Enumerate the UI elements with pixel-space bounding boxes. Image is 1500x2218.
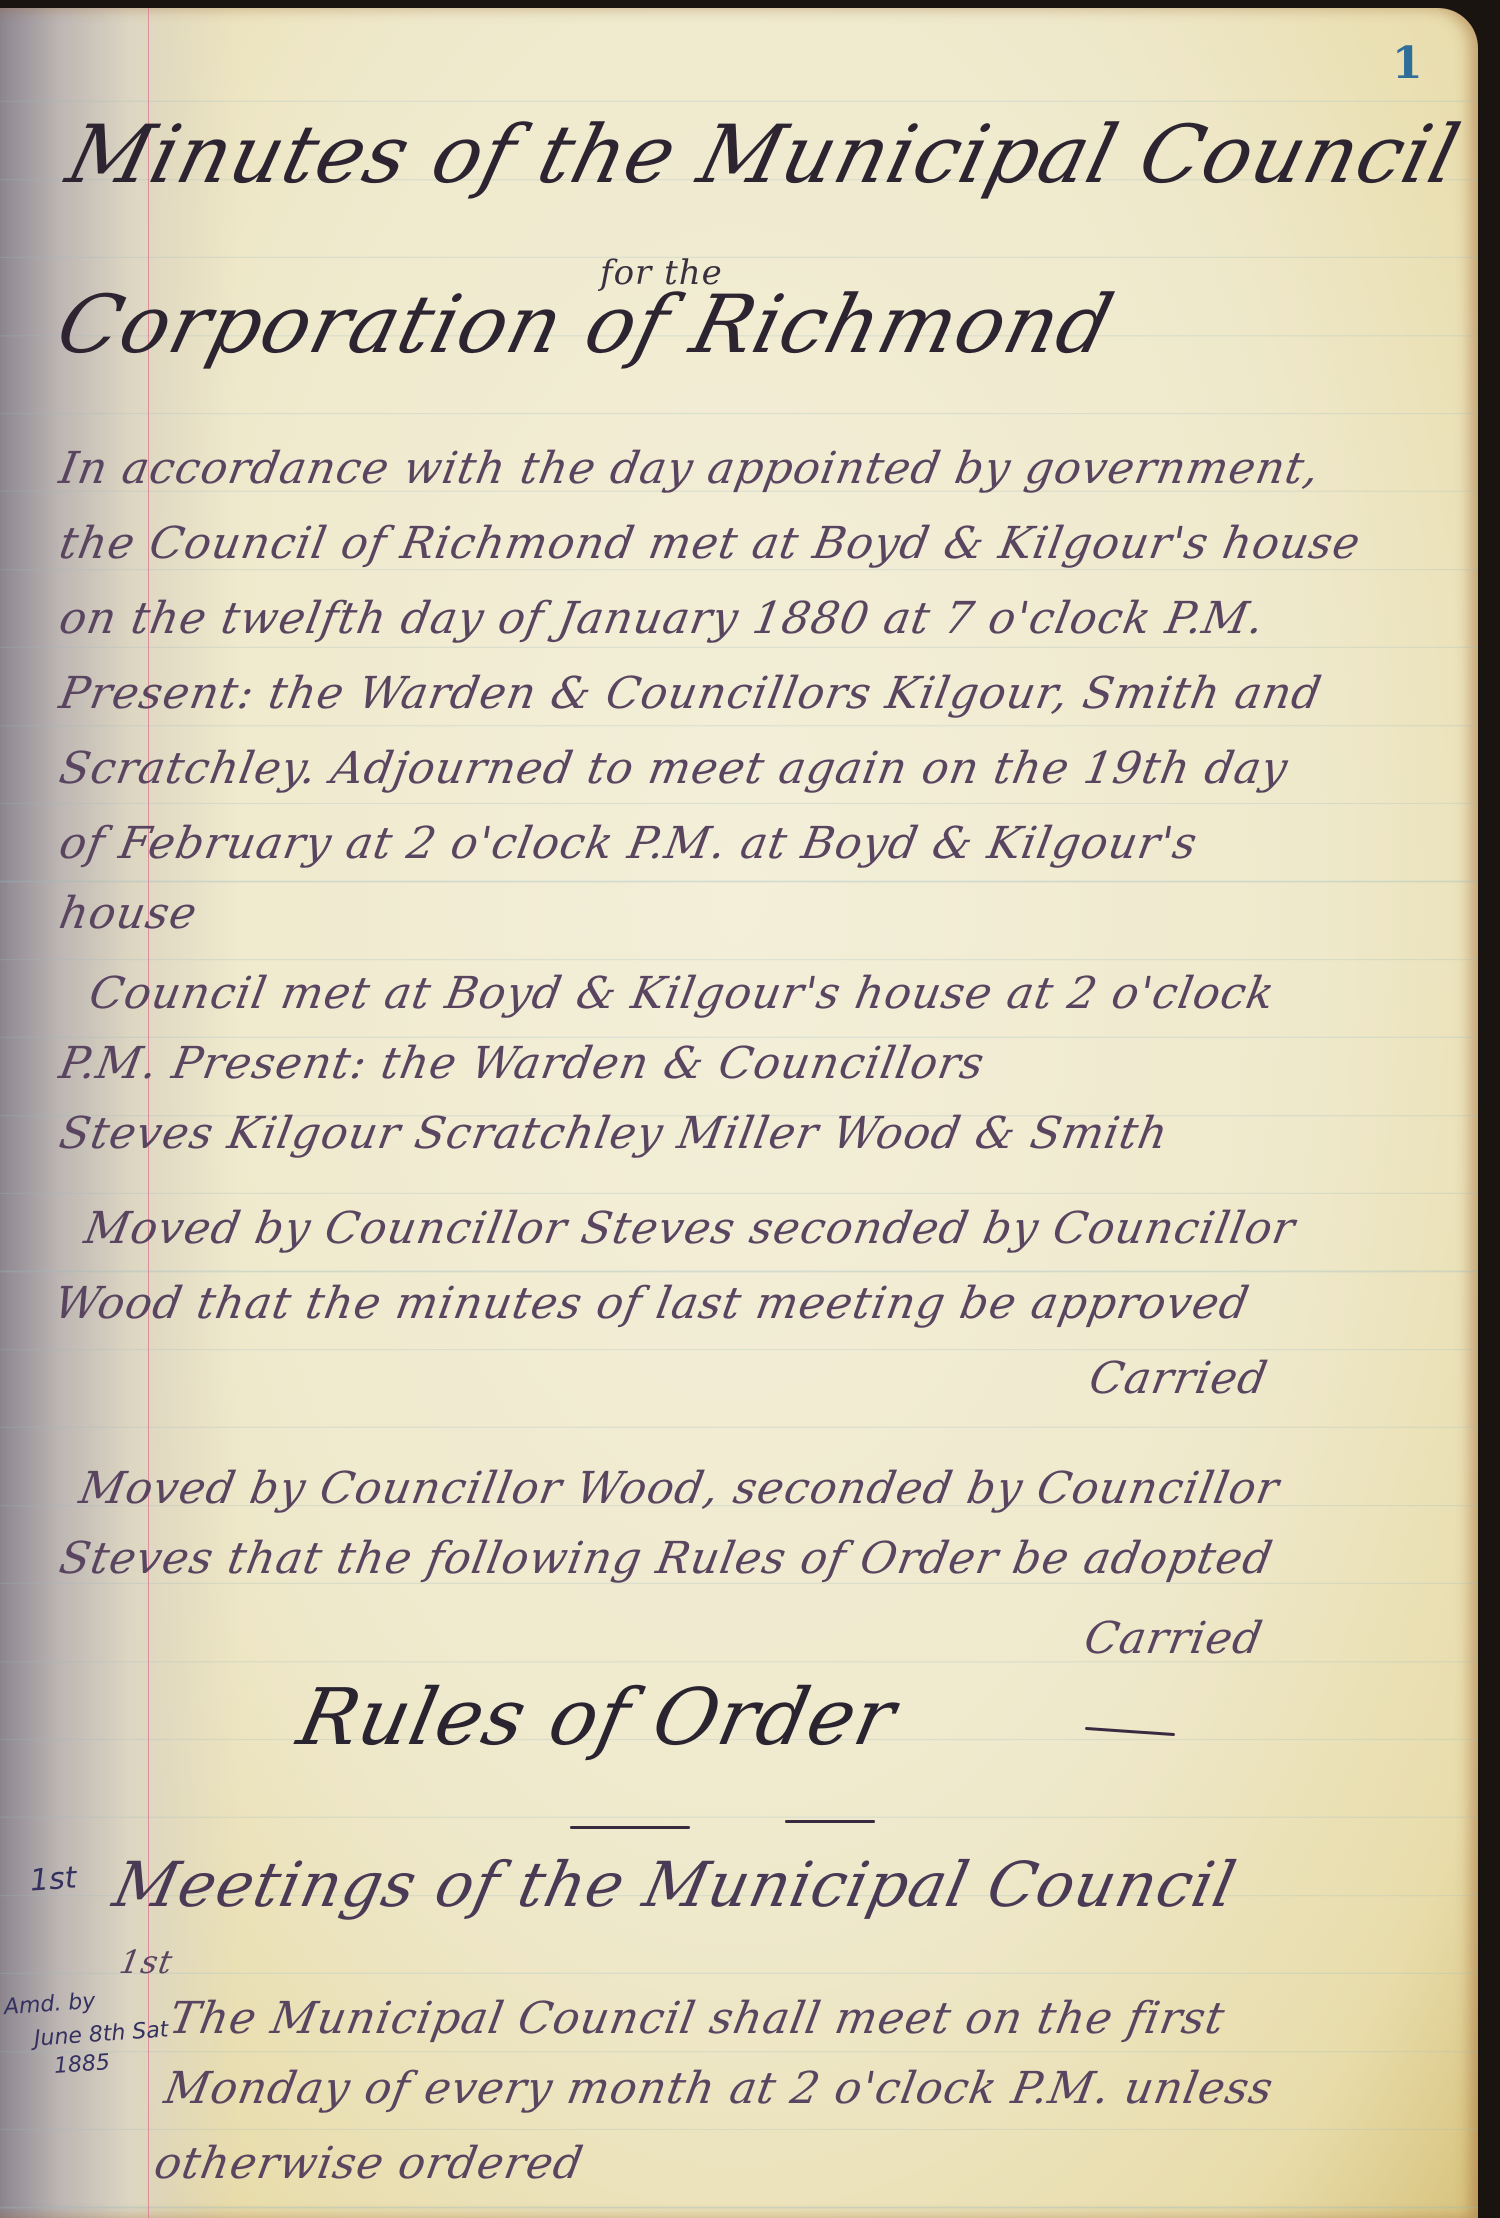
rule-line: Monday of every month at 2 o'clock P.M. … bbox=[161, 2063, 1278, 2114]
margin-note-line: Amd. by bbox=[3, 1990, 96, 2020]
rule-number: 1st bbox=[117, 1943, 176, 1981]
rule-line: otherwise ordered bbox=[151, 2138, 588, 2189]
entry-line: In accordance with the day appointed by … bbox=[56, 443, 1324, 494]
title-line-1: Minutes of the Municipal Council bbox=[58, 108, 1469, 201]
entry-line: Wood that the minutes of last meeting be… bbox=[51, 1278, 1254, 1329]
entry-line: Present: the Warden & Councillors Kilgou… bbox=[56, 668, 1326, 719]
entry-line: Steves Kilgour Scratchley Miller Wood & … bbox=[56, 1108, 1173, 1159]
ledger-page: 1 Minutes of the Municipal Council for t… bbox=[0, 8, 1478, 2218]
heading-flourish bbox=[785, 1820, 875, 1823]
entry-line: Steves that the following Rules of Order… bbox=[56, 1533, 1277, 1584]
title-line-2: Corporation of Richmond bbox=[48, 278, 1122, 371]
entry-line: Scratchley. Adjourned to meet again on t… bbox=[56, 743, 1293, 794]
entry-line: on the twelfth day of January 1880 at 7 … bbox=[56, 593, 1269, 644]
page-number: 1 bbox=[1392, 38, 1423, 89]
motion-result: Carried bbox=[1081, 1613, 1267, 1664]
entry-line: Council met at Boyd & Kilgour's house at… bbox=[86, 968, 1279, 1019]
heading-flourish bbox=[570, 1826, 690, 1829]
heading-flourish bbox=[1085, 1727, 1175, 1736]
entry-line: P.M. Present: the Warden & Councillors bbox=[56, 1038, 989, 1089]
margin-rule-marker: 1st bbox=[29, 1866, 77, 1893]
rules-heading: Rules of Order bbox=[290, 1673, 903, 1763]
motion-result: Carried bbox=[1086, 1353, 1272, 1404]
entry-line: Moved by Councillor Wood, seconded by Co… bbox=[76, 1463, 1284, 1514]
entry-line: Moved by Councillor Steves seconded by C… bbox=[81, 1203, 1300, 1254]
entry-line: house bbox=[56, 888, 202, 939]
section-heading: Meetings of the Municipal Council bbox=[107, 1848, 1242, 1921]
entry-line: the Council of Richmond met at Boyd & Ki… bbox=[56, 518, 1365, 569]
rule-line: The Municipal Council shall meet on the … bbox=[166, 1993, 1230, 2044]
margin-note-line: 1885 bbox=[53, 2051, 111, 2079]
entry-line: of February at 2 o'clock P.M. at Boyd & … bbox=[56, 818, 1202, 869]
